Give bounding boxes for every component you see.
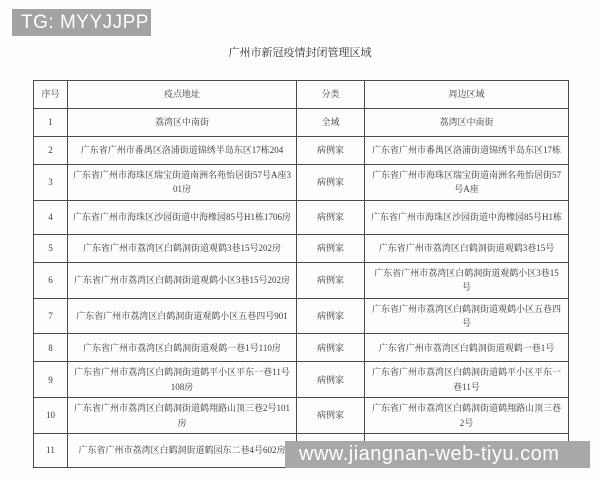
cell-category: 病例家 bbox=[297, 262, 365, 298]
cell-row-number: 1 bbox=[34, 109, 68, 137]
website-watermark: www.jiangnan-web-tiyu.com bbox=[285, 441, 590, 468]
page-title: 广州市新冠疫情封闭管理区域 bbox=[0, 44, 600, 60]
cell-site-address: 广东省广州市荔湾区白鹤洞街道鹤翔路山顶三巷2号101房 bbox=[68, 398, 297, 434]
cell-row-number: 3 bbox=[34, 165, 68, 201]
table-row: 2广东省广州市番禺区洛浦街道锦绣半岛东区17栋204病例家广东省广州市番禺区洛浦… bbox=[34, 137, 569, 165]
cell-category: 病例家 bbox=[297, 165, 365, 201]
cell-site-address: 广东省广州市荔湾区白鹤洞街道观鹤3巷15号202房 bbox=[68, 234, 297, 262]
table-row: 6广东省广州市荔湾区白鹤洞街道观鹤小区3巷15号202房病例家广东省广州市荔湾区… bbox=[34, 262, 569, 298]
cell-site-address: 广东省广州市荔湾区白鹤洞街道观鹤一巷1号110房 bbox=[68, 334, 297, 362]
table-row: 8广东省广州市荔湾区白鹤洞街道观鹤一巷1号110房病例家广东省广州市荔湾区白鹤洞… bbox=[34, 334, 569, 362]
table-header: 序号疫点地址分类周边区域 bbox=[34, 81, 569, 109]
header-row: 序号疫点地址分类周边区域 bbox=[34, 81, 569, 109]
cell-surrounding-area: 广东省广州市海珠区沙园街道中海橡园85号H1栋 bbox=[365, 200, 569, 234]
cell-surrounding-area: 广东省广州市荔湾区白鹤洞街道观鹤小区3巷15号 bbox=[365, 262, 569, 298]
cell-row-number: 9 bbox=[34, 362, 68, 398]
table-row: 3广东省广州市海珠区瑞宝街道南洲名苑怡居街57号A座301房病例家广东省广州市海… bbox=[34, 165, 569, 201]
cell-surrounding-area: 广东省广州市荔湾区白鹤洞街道观鹤一巷1号 bbox=[365, 334, 569, 362]
cell-category: 全域 bbox=[297, 109, 365, 137]
cell-site-address: 荔湾区中南街 bbox=[68, 109, 297, 137]
cell-site-address: 广东省广州市荔湾区白鹤洞街道观鹤小区五巷四号901 bbox=[68, 298, 297, 334]
table-row: 10广东省广州市荔湾区白鹤洞街道鹤翔路山顶三巷2号101房病例家广东省广州市荔湾… bbox=[34, 398, 569, 434]
cell-surrounding-area: 荔湾区中南街 bbox=[365, 109, 569, 137]
page: { "watermarks": { "telegram_tag": "TG: M… bbox=[0, 0, 600, 480]
cell-surrounding-area: 广东省广州市荔湾区白鹤洞街道观鹤3巷15号 bbox=[365, 234, 569, 262]
cell-category: 病例家 bbox=[297, 298, 365, 334]
cell-row-number: 7 bbox=[34, 298, 68, 334]
cell-site-address: 广东省广州市番禺区洛浦街道锦绣半岛东区17栋204 bbox=[68, 137, 297, 165]
cell-site-address: 广东省广州市海珠区沙园街道中海橡园85号H1栋1706房 bbox=[68, 200, 297, 234]
cell-surrounding-area: 广东省广州市荔湾区白鹤洞街道鹤翔路山顶三巷2号 bbox=[365, 398, 569, 434]
cell-category: 病例家 bbox=[297, 398, 365, 434]
cell-surrounding-area: 广东省广州市海珠区瑞宝街道南洲名苑怡居街57号A座 bbox=[365, 165, 569, 201]
cell-category: 病例家 bbox=[297, 137, 365, 165]
table-row: 5广东省广州市荔湾区白鹤洞街道观鹤3巷15号202房病例家广东省广州市荔湾区白鹤… bbox=[34, 234, 569, 262]
table-row: 4广东省广州市海珠区沙园街道中海橡园85号H1栋1706房病例家广东省广州市海珠… bbox=[34, 200, 569, 234]
cell-category: 病例家 bbox=[297, 200, 365, 234]
table-body: 1荔湾区中南街全域荔湾区中南街2广东省广州市番禺区洛浦街道锦绣半岛东区17栋20… bbox=[34, 109, 569, 468]
header-surrounding-area: 周边区域 bbox=[365, 81, 569, 109]
cell-row-number: 4 bbox=[34, 200, 68, 234]
header-category: 分类 bbox=[297, 81, 365, 109]
covid-area-table: 序号疫点地址分类周边区域 1荔湾区中南街全域荔湾区中南街2广东省广州市番禺区洛浦… bbox=[33, 80, 569, 468]
cell-row-number: 8 bbox=[34, 334, 68, 362]
table-row: 1荔湾区中南街全域荔湾区中南街 bbox=[34, 109, 569, 137]
header-row-number: 序号 bbox=[34, 81, 68, 109]
telegram-watermark: TG: MYYJJPP bbox=[12, 9, 151, 36]
table-row: 9广东省广州市荔湾区白鹤洞街道鹤平小区平东一巷11号108房病例家广东省广州市荔… bbox=[34, 362, 569, 398]
cell-site-address: 广东省广州市荔湾区白鹤洞街道鹤平小区平东一巷11号108房 bbox=[68, 362, 297, 398]
cell-category: 病例家 bbox=[297, 362, 365, 398]
table-row: 7广东省广州市荔湾区白鹤洞街道观鹤小区五巷四号901病例家广东省广州市荔湾区白鹤… bbox=[34, 298, 569, 334]
cell-row-number: 5 bbox=[34, 234, 68, 262]
cell-category: 病例家 bbox=[297, 234, 365, 262]
cell-category: 病例家 bbox=[297, 334, 365, 362]
cell-surrounding-area: 广东省广州市荔湾区白鹤洞街道鹤平小区平东一巷11号 bbox=[365, 362, 569, 398]
cell-row-number: 2 bbox=[34, 137, 68, 165]
cell-row-number: 11 bbox=[34, 433, 68, 467]
cell-row-number: 10 bbox=[34, 398, 68, 434]
cell-site-address: 广东省广州市海珠区瑞宝街道南洲名苑怡居街57号A座301房 bbox=[68, 165, 297, 201]
cell-site-address: 广东省广州市荔湾区白鹤洞街道鹤园东二巷4号602房 bbox=[68, 433, 297, 467]
cell-site-address: 广东省广州市荔湾区白鹤洞街道观鹤小区3巷15号202房 bbox=[68, 262, 297, 298]
header-site-address: 疫点地址 bbox=[68, 81, 297, 109]
cell-surrounding-area: 广东省广州市番禺区洛浦街道锦绣半岛东区17栋 bbox=[365, 137, 569, 165]
cell-row-number: 6 bbox=[34, 262, 68, 298]
cell-surrounding-area: 广东省广州市荔湾区白鹤洞街道观鹤小区五巷四号 bbox=[365, 298, 569, 334]
